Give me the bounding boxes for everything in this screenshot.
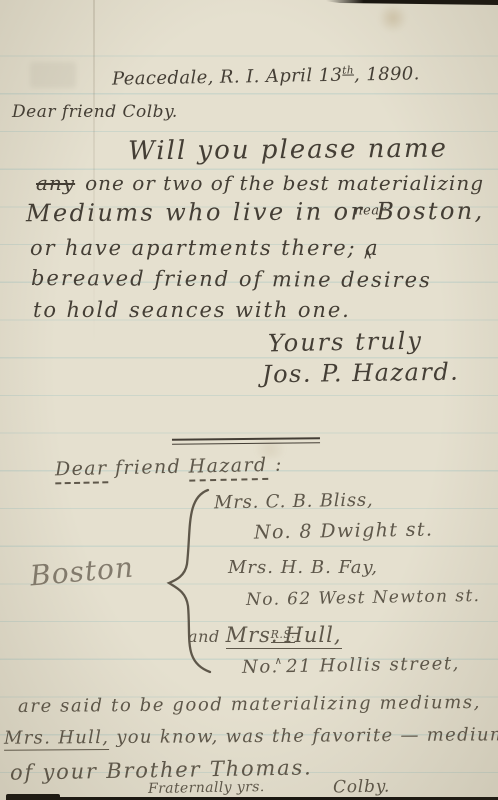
reply-remark-1: are said to be good materializing medium… bbox=[18, 693, 481, 718]
underlined-word: Hazard bbox=[188, 454, 267, 482]
inserted-word: near bbox=[354, 204, 386, 219]
reply-remark-2: Mrs. Hull, you know, was the favorite — … bbox=[4, 725, 498, 749]
line-text: Boston, bbox=[376, 197, 485, 226]
scan-edge-bottom-blob bbox=[6, 794, 60, 800]
medium-2-name: Mrs. H. B. Fay, bbox=[228, 558, 378, 579]
medium-2-address: No. 62 West Newton st. bbox=[246, 587, 481, 611]
inserted-initials: R.S. bbox=[271, 629, 295, 643]
medium-1-name: Mrs. C. B. Bliss, bbox=[214, 491, 374, 514]
sal-colon: : bbox=[275, 454, 283, 476]
closing-colby: Fraternally yrs. bbox=[148, 779, 265, 797]
ordinal-superscript: th bbox=[342, 64, 354, 76]
body-line-2: anyone or two of the best materializing bbox=[36, 172, 484, 195]
group-label-boston: Boston bbox=[29, 552, 135, 593]
body-line-6: to hold seances with one. bbox=[33, 298, 351, 322]
dateline: Peacedale, R. I. April 13th, 1890. bbox=[112, 63, 420, 90]
scan-edge-top bbox=[326, 0, 498, 5]
body-line-3: Mediums who live in ornear∧Boston, bbox=[26, 198, 485, 228]
line-text: one or two of the best materializing bbox=[85, 171, 484, 195]
remark-text: you know, was the favorite bbox=[116, 725, 393, 748]
salutation-hazard: Dear friend Hazard : bbox=[55, 455, 283, 482]
prefix-word: and bbox=[188, 627, 220, 646]
medium-1-address: No. 8 Dwight st. bbox=[254, 519, 434, 544]
line-text: Mediums who live in or bbox=[26, 197, 364, 227]
medium-3-address: No. 21 Hollis street, bbox=[242, 654, 460, 678]
pen-flourish: — bbox=[400, 725, 419, 746]
closing-hazard: Yours truly bbox=[268, 328, 423, 358]
signature-colby: Colby. bbox=[333, 778, 390, 799]
signature-hazard: Jos. P. Hazard. bbox=[262, 359, 460, 389]
underlined-name: Mrs.R.S.∧Hull, bbox=[226, 623, 342, 649]
body-line-4: or have apartments there; a bbox=[30, 236, 380, 260]
paper-stain bbox=[378, 4, 408, 32]
dateline-text: Peacedale, R. I. April 13 bbox=[112, 65, 343, 90]
underlined-mrs-hull: Mrs. Hull, bbox=[4, 727, 109, 751]
struck-word: any bbox=[36, 171, 75, 195]
body-line-opening: Will you please name bbox=[128, 135, 448, 168]
section-divider bbox=[172, 437, 320, 445]
medium-3-name: and Mrs.R.S.∧Hull, bbox=[188, 623, 342, 647]
grouping-brace bbox=[158, 486, 216, 678]
body-line-5: bereaved friend of mine desires bbox=[31, 266, 432, 292]
embossed-stamp-shadow bbox=[30, 62, 76, 88]
salutation-colby: Dear friend Colby. bbox=[12, 103, 178, 123]
letter-page: Peacedale, R. I. April 13th, 1890. Dear … bbox=[0, 0, 498, 800]
dateline-year: , 1890. bbox=[354, 63, 420, 85]
remark-tail: medium bbox=[427, 724, 498, 746]
underlined-word: Dear bbox=[55, 457, 108, 484]
sal-word: friend bbox=[115, 456, 182, 479]
